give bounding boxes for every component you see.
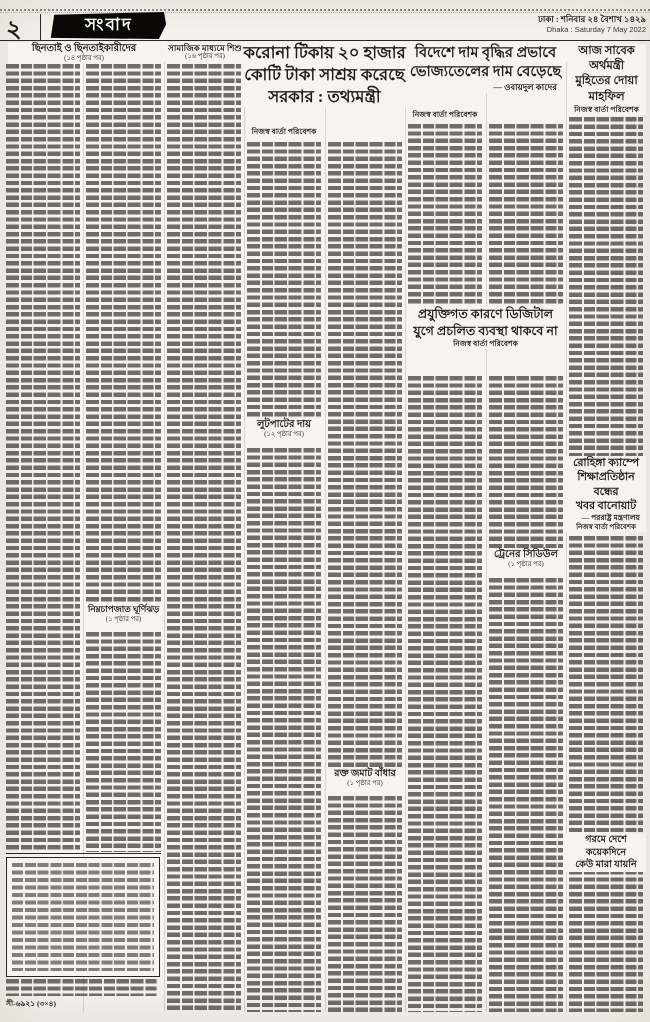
body-text-column bbox=[489, 376, 563, 548]
headline-line: কেউ মারা যায়নি bbox=[566, 859, 646, 872]
byline-vaccine: নিজস্ব বার্তা পরিবেশক bbox=[247, 127, 321, 137]
body-text-column bbox=[328, 142, 402, 768]
headline-line: সরকার : তথ্যমন্ত্রী bbox=[243, 86, 406, 108]
headline-line: করোনা টিকায় ২০ হাজার bbox=[243, 42, 406, 64]
headline-line: খবর বানোয়াট bbox=[566, 499, 646, 513]
body-text-column bbox=[569, 536, 643, 832]
top-dotted-rule bbox=[0, 9, 650, 11]
headline-line: বিদেশে দাম বৃদ্ধির প্রভাবে bbox=[408, 44, 563, 63]
headline-vaccine-savings: করোনা টিকায় ২০ হাজার কোটি টাকা সাশ্রয় … bbox=[243, 42, 406, 107]
column-rule bbox=[405, 62, 406, 1012]
dateline-bengali: ঢাকা : শনিবার ২৪ বৈশাখ ১৪২৯ bbox=[426, 14, 646, 25]
classified-notice-box bbox=[6, 857, 160, 977]
body-text-column bbox=[489, 578, 563, 1012]
headline-line: মুহিতের দোয়া মাহফিল bbox=[567, 74, 646, 104]
body-text-column bbox=[408, 124, 482, 306]
continuation-note: (১৬ পৃষ্ঠার পর) bbox=[163, 53, 247, 62]
body-text-column bbox=[247, 448, 321, 1012]
subhead-title: রক্ত জমাট বাঁধার bbox=[328, 768, 402, 780]
subhead-title: নিম্নচাপজাত ঘূর্ণিঝড় bbox=[84, 604, 163, 616]
masthead-logo: সংবাদ bbox=[51, 12, 168, 39]
subhead-note: (১ পৃষ্ঠার পর) bbox=[489, 561, 563, 570]
body-text-column bbox=[6, 64, 80, 852]
attribution-oil: — ওবায়দুল কাদের bbox=[408, 82, 563, 93]
body-text-column bbox=[408, 376, 482, 1012]
subhead-train-schedule: ট্রেনের সিডিউল (১ পৃষ্ঠার পর) bbox=[489, 548, 563, 570]
body-text-column bbox=[86, 64, 161, 604]
page-number-divider bbox=[40, 14, 41, 40]
header-rule bbox=[0, 40, 650, 41]
notice-text bbox=[12, 863, 154, 971]
byline-muhith: নিজস্ব বার্তা পরিবেশক bbox=[567, 105, 646, 115]
column-rule bbox=[244, 62, 245, 1012]
headline-line: যুগে প্রচলিত ব্যবস্থা থাকবে না bbox=[408, 323, 563, 340]
subhead-lutpat: লুটপাটের দায় (১২ পৃষ্ঠার পর) bbox=[247, 418, 321, 440]
newspaper-page: ২ সংবাদ ঢাকা : শনিবার ২৪ বৈশাখ ১৪২৯ Dhak… bbox=[0, 0, 650, 1022]
byline-digital: নিজস্ব বার্তা পরিবেশক bbox=[408, 339, 563, 349]
body-text-column bbox=[569, 88, 643, 456]
headline-line: কোটি টাকা সাশ্রয় করেছে bbox=[243, 64, 406, 86]
classified-code: সী-৬৯২১ (৩×৪) bbox=[6, 999, 161, 1011]
headline-rohingya-camps: রোহিঙ্গা ক্যাম্পে শিক্ষাপ্রতিষ্ঠান বন্ধে… bbox=[566, 456, 646, 532]
headline-oil-prices: বিদেশে দাম বৃদ্ধির প্রভাবে ভোজ্যতেলের দা… bbox=[408, 44, 563, 93]
headline-muhith-doa: আজ সাবেক অর্থমন্ত্রী মুহিতের দোয়া মাহফি… bbox=[567, 44, 646, 115]
body-text-column bbox=[489, 124, 563, 306]
column-rule bbox=[325, 62, 326, 1012]
continuation-header-social: সামাজিক মাধ্যমে শিশু (১৬ পৃষ্ঠার পর) bbox=[163, 43, 247, 62]
subhead-title: লুটপাটের দায় bbox=[247, 418, 321, 431]
subhead-blood-clot: রক্ত জমাট বাঁধার (১ পৃষ্ঠার পর) bbox=[328, 768, 402, 789]
headline-line: ভোজ্যতেলের দাম বেড়েছে bbox=[408, 63, 563, 82]
subhead-note: (১ পৃষ্ঠার পর) bbox=[84, 616, 163, 625]
subhead-cyclone: নিম্নচাপজাত ঘূর্ণিঝড় (১ পৃষ্ঠার পর) bbox=[84, 604, 163, 624]
headline-line: শিক্ষাপ্রতিষ্ঠান বন্ধের bbox=[566, 470, 646, 499]
byline-rohingya: নিজস্ব বার্তা পরিবেশক bbox=[566, 523, 646, 532]
continuation-note: (১৪ পৃষ্ঠার পর) bbox=[8, 55, 160, 64]
imprint-rule bbox=[6, 853, 161, 854]
headline-line: আজ সাবেক অর্থমন্ত্রী bbox=[567, 44, 646, 74]
subhead-note: (১২ পৃষ্ঠার পর) bbox=[247, 431, 321, 440]
dateline: ঢাকা : শনিবার ২৪ বৈশাখ ১৪২৯ Dhaka : Satu… bbox=[426, 14, 646, 34]
headline-line: প্রযুক্তিগত কারণে ডিজিটাল bbox=[408, 306, 563, 323]
attribution-rohingya: — পররাষ্ট্র মন্ত্রণালয় bbox=[566, 513, 646, 523]
masthead-title: সংবাদ bbox=[85, 12, 133, 40]
page-number: ২ bbox=[6, 11, 40, 51]
headline-line: রোহিঙ্গা ক্যাম্পে bbox=[566, 456, 646, 470]
column-rule bbox=[486, 62, 487, 1012]
column-rule bbox=[164, 62, 165, 1012]
continuation-title: সামাজিক মাধ্যমে শিশু bbox=[163, 43, 247, 53]
headline-digital-era: প্রযুক্তিগত কারণে ডিজিটাল যুগে প্রচলিত ব… bbox=[408, 306, 563, 349]
subhead-title: ট্রেনের সিডিউল bbox=[489, 548, 563, 561]
body-text-column bbox=[569, 870, 643, 1012]
subhead-note: (১ পৃষ্ঠার পর) bbox=[328, 780, 402, 789]
dateline-english: Dhaka : Saturday 7 May 2022 bbox=[426, 25, 646, 34]
notice-footer-text bbox=[6, 979, 158, 996]
top-dotted-rule-2 bbox=[0, 12, 650, 13]
body-text-column bbox=[86, 632, 161, 852]
body-text-column bbox=[247, 142, 321, 418]
body-text-column bbox=[328, 796, 402, 1012]
byline-oil: নিজস্ব বার্তা পরিবেশক bbox=[408, 110, 482, 120]
headline-heat-no-deaths: গরমে দেশে কয়েকদিনে কেউ মারা যায়নি bbox=[566, 834, 646, 872]
headline-line: গরমে দেশে কয়েকদিনে bbox=[566, 834, 646, 859]
body-text-column bbox=[167, 64, 241, 1012]
